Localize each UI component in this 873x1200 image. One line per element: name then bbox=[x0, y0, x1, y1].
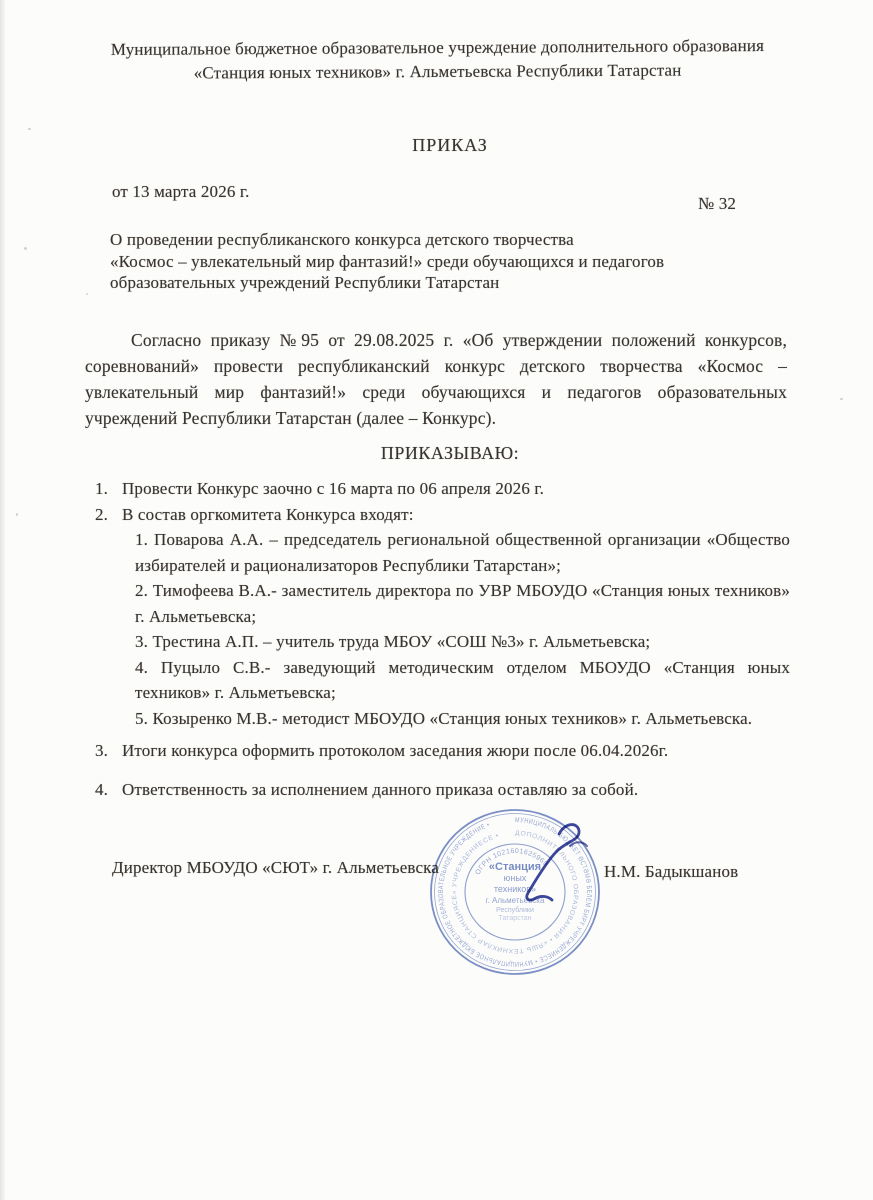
handwritten-signature bbox=[512, 810, 612, 920]
subject-line3: образовательных учреждений Республики Та… bbox=[110, 272, 730, 294]
subject-line2: «Космос – увлекательный мир фантазий!» с… bbox=[110, 251, 730, 273]
order-item-3: 3. Итоги конкурса оформить протоколом за… bbox=[95, 738, 795, 764]
item-text: Итоги конкурса оформить протоколом засед… bbox=[122, 738, 795, 764]
item-number: 1. bbox=[95, 476, 122, 502]
order-item-1: 1. Провести Конкурс заочно с 16 марта по… bbox=[95, 476, 795, 502]
scan-speckle bbox=[24, 247, 27, 250]
order-list: 1. Провести Конкурс заочно с 16 марта по… bbox=[95, 476, 795, 802]
sub-item-line: 5. Козыренко М.В.- методист МБОУДО «Стан… bbox=[135, 706, 790, 732]
signature-flourish bbox=[570, 842, 587, 846]
sub-item-line: 1. Поварова А.А. – председатель регионал… bbox=[135, 527, 790, 553]
sub-item-line: 4. Пуцыло С.В.- заведующий методическим … bbox=[135, 655, 790, 681]
item-text: Провести Конкурс заочно с 16 марта по 06… bbox=[122, 476, 795, 502]
sub-item-2: 2. Тимофеева В.А.- заместитель директора… bbox=[135, 578, 790, 629]
sub-item-3: 3. Трестина А.П. – учитель труда МБОУ «С… bbox=[135, 629, 790, 655]
org-name-header: Муниципальное бюджетное образовательное … bbox=[45, 34, 830, 87]
preamble-line3: увлекательный мир фантазий!» среди обуча… bbox=[85, 379, 787, 405]
subject-block: О проведении республиканского конкурса д… bbox=[110, 229, 730, 294]
document-title: ПРИКАЗ bbox=[60, 135, 840, 156]
item-number: 4. bbox=[95, 777, 122, 803]
item-number: 3. bbox=[95, 738, 122, 764]
date-line: от 13 марта 2026 г. bbox=[112, 182, 250, 202]
org-name-line2: «Станция юных техников» г. Альметьевска … bbox=[45, 58, 830, 87]
signature-position: Директор МБОУДО «СЮТ» г. Альметьевска bbox=[112, 858, 439, 878]
signature-name: Н.М. Бадыкшанов bbox=[604, 862, 738, 882]
item-text: Ответственность за исполнением данного п… bbox=[122, 777, 795, 803]
org-name-line1: Муниципальное бюджетное образовательное … bbox=[45, 34, 830, 63]
subject-line1: О проведении республиканского конкурса д… bbox=[110, 229, 730, 251]
sub-item-line: избирателей и рационализаторов Республик… bbox=[135, 553, 790, 579]
preamble-line1: Согласно приказу №95 от 29.08.2025 г. «О… bbox=[85, 327, 787, 353]
order-item-4: 4. Ответственность за исполнением данног… bbox=[95, 777, 795, 803]
orgcommittee-sublist: 1. Поварова А.А. – председатель регионал… bbox=[135, 527, 790, 731]
preamble-line2: соревнований» провести республиканский к… bbox=[85, 353, 787, 379]
preamble-paragraph: Согласно приказу №95 от 29.08.2025 г. «О… bbox=[85, 327, 787, 431]
order-heading: ПРИКАЗЫВАЮ: bbox=[60, 443, 840, 464]
preamble-line4: учреждений Республики Татарстан (далее –… bbox=[85, 405, 787, 431]
sub-item-4: 4. Пуцыло С.В.- заведующий методическим … bbox=[135, 655, 790, 706]
item-text: В состав оргкомитета Конкурса входят: bbox=[122, 502, 795, 528]
sub-item-line: 2. Тимофеева В.А.- заместитель директора… bbox=[135, 578, 790, 604]
scan-speckle bbox=[840, 398, 843, 400]
signature-stroke bbox=[527, 825, 579, 900]
document-number: № 32 bbox=[698, 194, 736, 214]
sub-item-line: техников» г. Альметьевска; bbox=[135, 680, 790, 706]
scan-speckle bbox=[28, 128, 31, 130]
order-item-2: 2. В состав оргкомитета Конкурса входят: bbox=[95, 502, 795, 528]
scan-speckle bbox=[86, 293, 88, 295]
scan-speckle bbox=[16, 513, 18, 516]
sub-item-line: г. Альметьевска; bbox=[135, 604, 790, 630]
sub-item-1: 1. Поварова А.А. – председатель регионал… bbox=[135, 527, 790, 578]
item-number: 2. bbox=[95, 502, 122, 528]
sub-item-line: 3. Трестина А.П. – учитель труда МБОУ «С… bbox=[135, 629, 790, 655]
sub-item-5: 5. Козыренко М.В.- методист МБОУДО «Стан… bbox=[135, 706, 790, 732]
scanned-order-page: Муниципальное бюджетное образовательное … bbox=[0, 0, 873, 1200]
